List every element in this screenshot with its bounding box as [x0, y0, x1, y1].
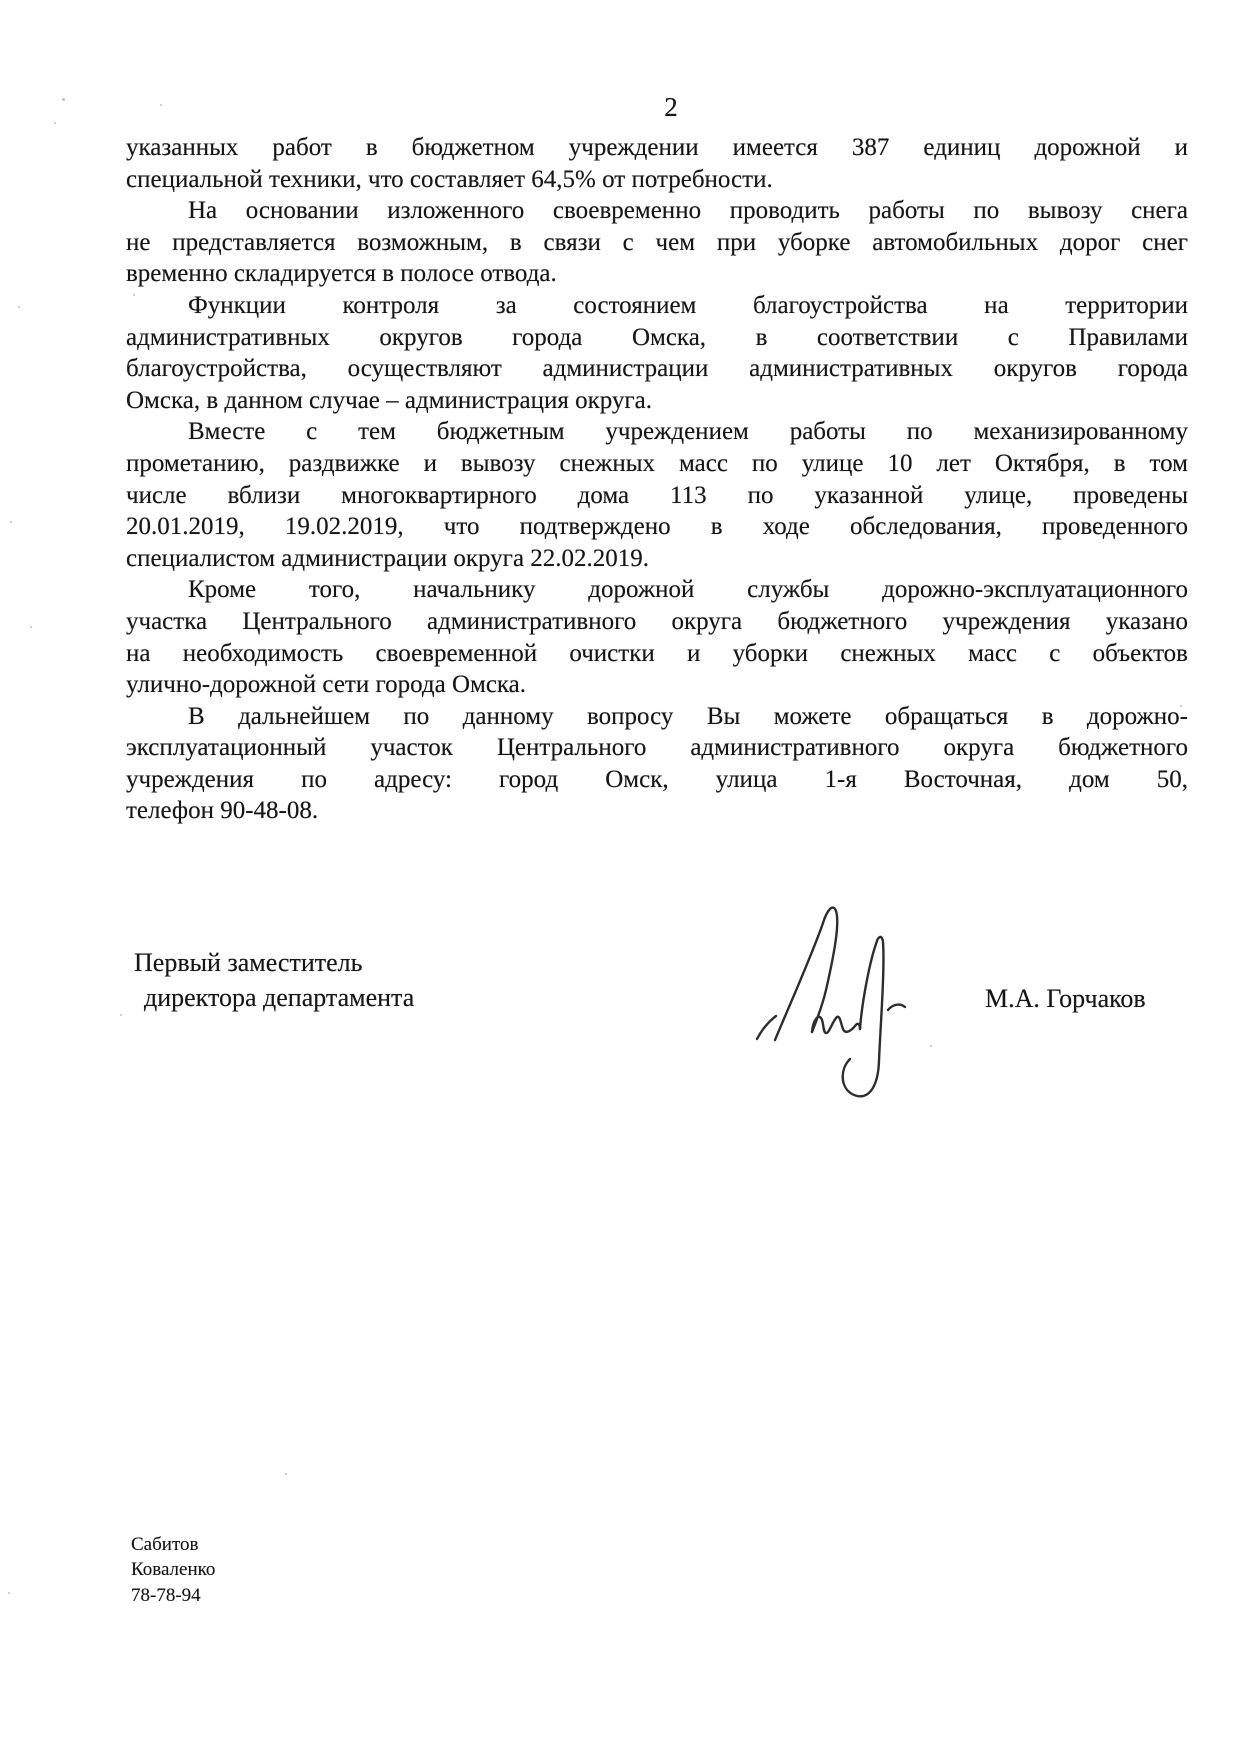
document-page: 2 указанных работ в бюджетном учреждении…: [0, 0, 1241, 1753]
body-line: На основании изложенного своевременно пр…: [126, 195, 1188, 227]
paragraph: В дальнейшем по данному вопросу Вы может…: [126, 701, 1188, 827]
scan-noise-dot: [30, 626, 32, 628]
body-line: телефон 90-48-08.: [126, 795, 1188, 827]
body-line: специалистом администрации округа 22.02.…: [126, 543, 1188, 575]
body-line: числе вблизи многоквартирного дома 113 п…: [126, 480, 1188, 512]
scan-noise-dot: [18, 306, 20, 308]
scan-noise-dot: [120, 1014, 122, 1016]
scan-noise-dot: [285, 1473, 287, 1475]
body-line: административных округов города Омска, в…: [126, 322, 1188, 354]
page-number: 2: [596, 92, 746, 123]
body-line: 20.01.2019, 19.02.2019, что подтверждено…: [126, 511, 1188, 543]
scan-noise-dot: [133, 294, 135, 296]
scan-noise-dot: [10, 521, 12, 523]
body-line: Вместе с тем бюджетным учреждением работ…: [126, 416, 1188, 448]
body-line: участка Центрального административного о…: [126, 606, 1188, 638]
scan-noise-dot: [160, 104, 162, 106]
body-line: на необходимость своевременной очистки и…: [126, 638, 1188, 670]
body-line: улично-дорожной сети города Омска.: [126, 669, 1188, 701]
body-line: указанных работ в бюджетном учреждении и…: [126, 132, 1188, 164]
scan-noise-dot: [8, 1592, 10, 1594]
scan-noise-dot: [62, 98, 65, 101]
signer-position-line-1: Первый заместитель: [134, 948, 362, 978]
scan-noise-dot: [1180, 705, 1182, 707]
scan-noise-dot: [54, 122, 56, 124]
paragraph: Кроме того, начальнику дорожной службы д…: [126, 574, 1188, 700]
letter-body: указанных работ в бюджетном учреждении и…: [126, 132, 1188, 827]
body-line: Функции контроля за состоянием благоустр…: [126, 290, 1188, 322]
executor-footer: Сабитов Коваленко 78-78-94: [131, 1532, 215, 1608]
signer-name: М.А. Горчаков: [985, 984, 1146, 1014]
body-line: Омска, в данном случае – администрация о…: [126, 385, 1188, 417]
body-line: учреждения по адресу: город Омск, улица …: [126, 764, 1188, 796]
handwritten-signature-icon: [742, 893, 914, 1108]
paragraph: Функции контроля за состоянием благоустр…: [126, 290, 1188, 416]
body-line: прометанию, раздвижке и вывозу снежных м…: [126, 448, 1188, 480]
body-line: благоустройства, осуществляют администра…: [126, 353, 1188, 385]
body-line: специальной техники, что составляет 64,5…: [126, 164, 1188, 196]
paragraph: На основании изложенного своевременно пр…: [126, 195, 1188, 290]
body-line: В дальнейшем по данному вопросу Вы может…: [126, 701, 1188, 733]
executor-name: Сабитов: [131, 1532, 215, 1557]
body-line: эксплуатационный участок Центрального ад…: [126, 732, 1188, 764]
paragraph: Вместе с тем бюджетным учреждением работ…: [126, 416, 1188, 574]
executor-phone: 78-78-94: [131, 1583, 215, 1608]
signer-position-line-2: директора департамента: [144, 983, 414, 1013]
executor-name: Коваленко: [131, 1557, 215, 1582]
paragraph: указанных работ в бюджетном учреждении и…: [126, 132, 1188, 195]
body-line: не представляется возможным, в связи с ч…: [126, 227, 1188, 259]
scan-noise-dot: [930, 1045, 932, 1047]
body-line: временно складируется в полосе отвода.: [126, 258, 1188, 290]
body-line: Кроме того, начальнику дорожной службы д…: [126, 574, 1188, 606]
